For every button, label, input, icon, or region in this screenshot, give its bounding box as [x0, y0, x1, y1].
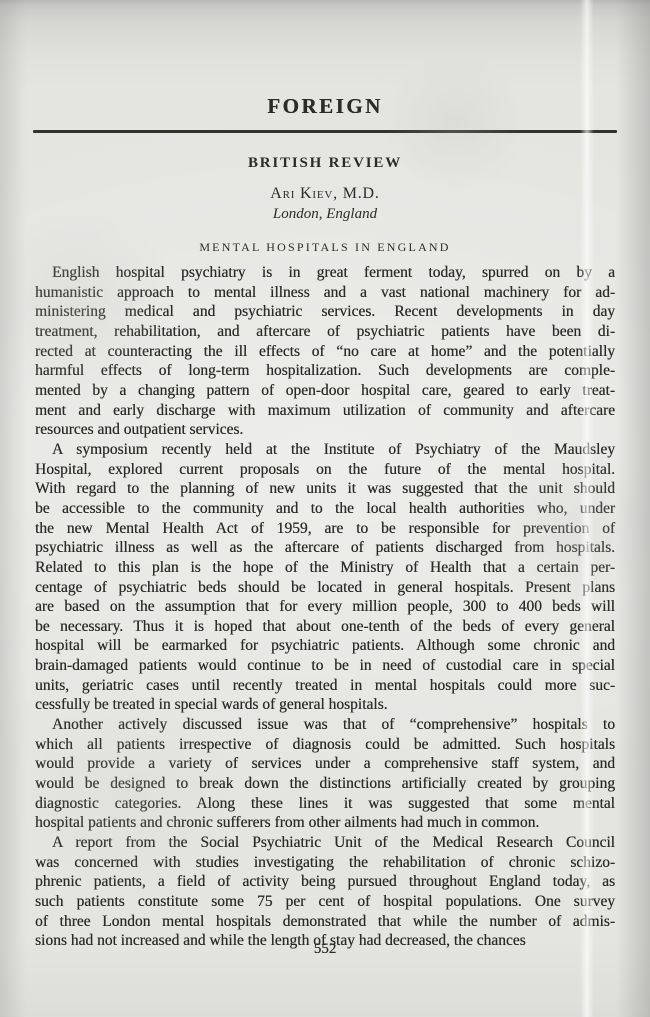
text-line: Another actively discussed issue was tha… — [35, 715, 615, 735]
text-line: hospital patients and chronic sufferers … — [35, 813, 615, 833]
text-line: be accessible to the community and to th… — [35, 499, 615, 519]
text-line: Related to this plan is the hope of the … — [35, 558, 615, 578]
text-line: A report from the Social Psychiatric Uni… — [35, 833, 615, 853]
paragraph: Another actively discussed issue was tha… — [35, 715, 615, 833]
text-line: such patients constitute some 75 per cen… — [35, 892, 615, 912]
text-line: cessfully be treated in special wards of… — [35, 695, 615, 715]
text-line: rected at counteracting the ill effects … — [35, 342, 615, 362]
header-divider-rule — [33, 130, 617, 133]
paragraph: A report from the Social Psychiatric Uni… — [35, 833, 615, 951]
text-line: are based on the assumption that for eve… — [35, 597, 615, 617]
text-line: hospital will be earmarked for psychiatr… — [35, 636, 615, 656]
text-line: of three London mental hospitals demonst… — [35, 912, 615, 932]
article-title: BRITISH REVIEW — [0, 154, 650, 172]
scan-edge-shadow-right — [616, 0, 650, 1017]
paragraph: A symposium recently held at the Institu… — [35, 440, 615, 715]
text-line: would provide a variety of services unde… — [35, 754, 615, 774]
text-line: phrenic patients, a field of activity be… — [35, 872, 615, 892]
article-heading: MENTAL HOSPITALS IN ENGLAND — [0, 240, 650, 254]
text-line: be necessary. Thus it is hoped that abou… — [35, 617, 615, 637]
text-line: harmful effects of long-term hospitaliza… — [35, 361, 615, 381]
text-line: A symposium recently held at the Institu… — [35, 440, 615, 460]
scan-edge-shadow-left — [0, 0, 26, 1017]
text-line: English hospital psychiatry is in great … — [35, 263, 615, 283]
text-line: ministering medical and psychiatric serv… — [35, 302, 615, 322]
text-line: With regard to the planning of new units… — [35, 479, 615, 499]
text-line: humanistic approach to mental illness an… — [35, 283, 615, 303]
text-line: resources and outpatient services. — [35, 420, 615, 440]
page-number: 552 — [0, 941, 650, 958]
article-body: English hospital psychiatry is in great … — [35, 263, 615, 951]
text-line: ment and early discharge with maximum ut… — [35, 401, 615, 421]
text-line: units, geriatric cases until recently tr… — [35, 676, 615, 696]
text-line: was concerned with studies investigating… — [35, 853, 615, 873]
section-title: FOREIGN — [0, 0, 650, 118]
text-line: Hospital, explored current proposals on … — [35, 460, 615, 480]
text-line: would be designed to break down the dist… — [35, 774, 615, 794]
text-line: centage of psychiatric beds should be lo… — [35, 578, 615, 598]
text-line: treatment, rehabilitation, and aftercare… — [35, 322, 615, 342]
author-location: London, England — [0, 206, 650, 223]
text-line: the new Mental Health Act of 1959, are t… — [35, 519, 615, 539]
scanned-journal-page: FOREIGN BRITISH REVIEW Ari Kiev, M.D. Lo… — [0, 0, 650, 1017]
text-line: diagnostic categories. Along these lines… — [35, 794, 615, 814]
text-line: mented by a changing pattern of open-doo… — [35, 381, 615, 401]
text-line: which all patients irrespective of diagn… — [35, 735, 615, 755]
text-line: psychiatric illness as well as the after… — [35, 538, 615, 558]
paragraph: English hospital psychiatry is in great … — [35, 263, 615, 440]
text-line: brain-damaged patients would continue to… — [35, 656, 615, 676]
author-name: Ari Kiev, M.D. — [0, 185, 650, 203]
